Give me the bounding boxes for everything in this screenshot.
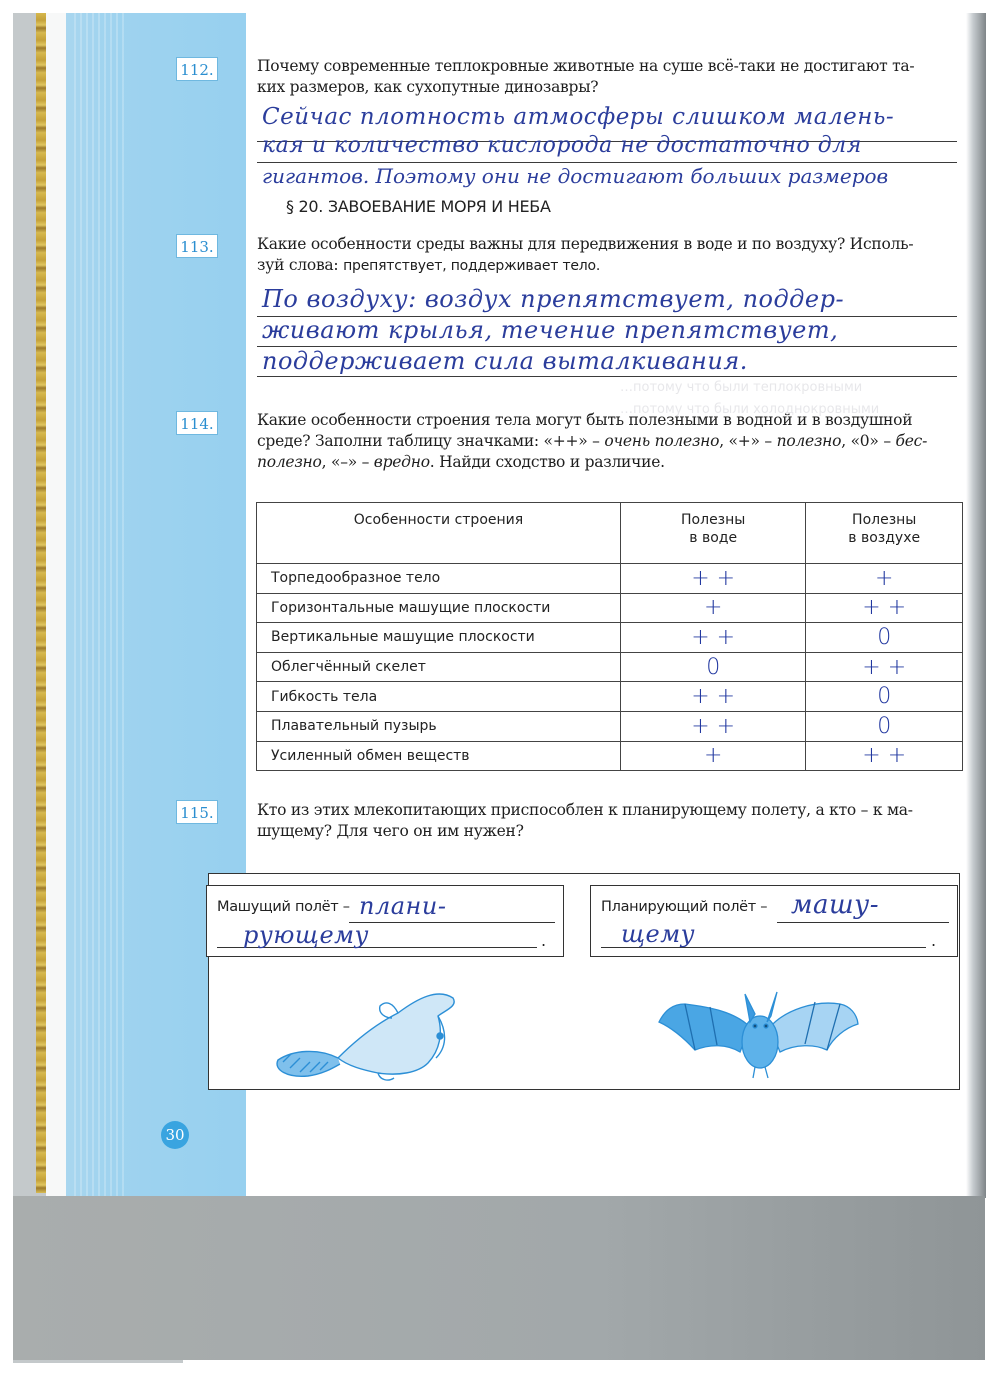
table-row: Плавательный пузырь+ +0 — [257, 711, 963, 741]
question-line: среде? Заполни таблицу значками: «++» – … — [257, 431, 962, 452]
table-row: Гибкость тела+ +0 — [257, 682, 963, 712]
keyword-list: препятствует, поддерживает тело. — [343, 258, 600, 274]
feature-cell: Торпедообразное тело — [257, 564, 621, 594]
water-usefulness-cell[interactable]: 0 — [620, 652, 805, 682]
handwritten-answer: живают крылья, течение препятствует, — [262, 316, 838, 344]
gliding-flight-box: Планирующий полёт – . машу- щему — [590, 885, 958, 957]
question-text: , «–» – — [322, 453, 374, 471]
header-text: Полезны — [621, 511, 805, 529]
feature-cell: Плавательный пузырь — [257, 711, 621, 741]
bat-illustration — [655, 982, 860, 1080]
water-usefulness-cell[interactable]: + + — [620, 682, 805, 712]
legend-term: очень полезно — [604, 432, 719, 450]
answer-line — [777, 922, 949, 923]
legend-term: вредно — [374, 453, 430, 471]
legend-term: полезно — [777, 432, 842, 450]
flying-squirrel-illustration — [268, 978, 468, 1086]
page-stack-edge — [46, 13, 66, 1196]
task-112-question: Почему современные теплокровные животные… — [257, 56, 962, 98]
header-text: Полезны — [806, 511, 962, 529]
air-usefulness-cell[interactable]: 0 — [806, 682, 963, 712]
question-line: зуй слова: препятствует, поддерживает те… — [257, 255, 962, 277]
question-line: ких размеров, как сухопутные динозавры? — [257, 77, 962, 98]
handwritten-answer: поддерживает сила выталкивания. — [262, 347, 748, 375]
question-text: . Найди сходство и различие. — [430, 453, 665, 471]
answer-line — [349, 922, 555, 923]
structure-features-table: Особенности строения Полезны в воде Поле… — [256, 502, 963, 771]
feature-cell: Гибкость тела — [257, 682, 621, 712]
header-text: в воздухе — [806, 529, 962, 547]
air-usefulness-cell[interactable]: 0 — [806, 623, 963, 653]
task-number-115: 115. — [176, 800, 218, 824]
handwritten-answer: Сейчас плотность атмосферы слишком мален… — [262, 104, 894, 130]
header-text: в воде — [621, 529, 805, 547]
flapping-flight-box: Машущий полёт – . плани- рующему — [206, 885, 564, 957]
question-line: полезно, «–» – вредно. Найди сходство и … — [257, 452, 962, 473]
handwritten-answer: кая и количество кислорода не достаточно… — [262, 133, 862, 158]
header-water: Полезны в воде — [620, 503, 805, 564]
scanner-bottom-background — [13, 1196, 985, 1360]
task-number-113: 113. — [176, 234, 218, 258]
section-title: § 20. ЗАВОЕВАНИЕ МОРЯ И НЕБА — [286, 197, 551, 216]
table-row: Усиленный обмен веществ++ + — [257, 741, 963, 771]
water-usefulness-cell[interactable]: + — [620, 741, 805, 771]
legend-term: полезно — [257, 453, 322, 471]
period: . — [541, 931, 546, 950]
handwritten-answer: гигантов. Поэтому они не достигают больш… — [262, 164, 888, 188]
table-row: Вертикальные машущие плоскости+ +0 — [257, 623, 963, 653]
water-usefulness-cell[interactable]: + + — [620, 711, 805, 741]
header-feature: Особенности строения — [257, 503, 621, 564]
question-text: , «+» – — [719, 432, 776, 450]
period: . — [931, 931, 936, 950]
table-row: Торпедообразное тело+ ++ — [257, 564, 963, 594]
feature-cell: Усиленный обмен веществ — [257, 741, 621, 771]
header-air: Полезны в воздухе — [806, 503, 963, 564]
handwritten-answer: щему — [621, 920, 695, 948]
table-header-row: Особенности строения Полезны в воде Поле… — [257, 503, 963, 564]
task-113-question: Какие особенности среды важны для передв… — [257, 234, 962, 277]
task-115-question: Кто из этих млекопитающих приспособлен к… — [257, 800, 962, 842]
question-text: , «0» – — [841, 432, 895, 450]
feature-cell: Облегчённый скелет — [257, 652, 621, 682]
handwritten-answer: По воздуху: воздух препятствует, поддер- — [262, 285, 844, 313]
table-row: Горизонтальные машущие плоскости++ + — [257, 593, 963, 623]
table-row: Облегчённый скелет0+ + — [257, 652, 963, 682]
page-number: 30 — [161, 1121, 189, 1149]
feature-cell: Горизонтальные машущие плоскости — [257, 593, 621, 623]
answer-line — [257, 376, 957, 377]
air-usefulness-cell[interactable]: + + — [806, 593, 963, 623]
handwritten-answer: рующему — [243, 921, 369, 949]
gliding-flight-label: Планирующий полёт – — [601, 899, 767, 915]
question-line: шущему? Для чего он им нужен? — [257, 821, 962, 842]
task-number-114: 114. — [176, 411, 218, 435]
question-line: Кто из этих млекопитающих приспособлен к… — [257, 800, 962, 821]
handwritten-answer: плани- — [359, 892, 446, 920]
book-gilded-edge — [36, 13, 46, 1193]
answer-line — [257, 162, 957, 163]
show-through-text: …потому что были теплокровными — [620, 380, 862, 395]
feature-cell: Вертикальные машущие плоскости — [257, 623, 621, 653]
legend-term: бес- — [896, 432, 928, 450]
question-text: зуй слова: — [257, 256, 343, 274]
handwritten-answer: машу- — [791, 890, 879, 920]
water-usefulness-cell[interactable]: + — [620, 593, 805, 623]
scanner-right-shadow — [966, 13, 986, 1198]
question-line: Какие особенности среды важны для передв… — [257, 234, 962, 255]
air-usefulness-cell[interactable]: + + — [806, 652, 963, 682]
task-114-question: Какие особенности строения тела могут бы… — [257, 410, 962, 473]
task-number-112: 112. — [176, 57, 218, 81]
water-usefulness-cell[interactable]: + + — [620, 623, 805, 653]
air-usefulness-cell[interactable]: 0 — [806, 711, 963, 741]
air-usefulness-cell[interactable]: + + — [806, 741, 963, 771]
air-usefulness-cell[interactable]: + — [806, 564, 963, 594]
question-text: среде? Заполни таблицу значками: «++» – — [257, 432, 604, 450]
flapping-flight-label: Машущий полёт – — [217, 899, 350, 915]
question-line: Какие особенности строения тела могут бы… — [257, 410, 962, 431]
question-line: Почему современные теплокровные животные… — [257, 56, 962, 77]
water-usefulness-cell[interactable]: + + — [620, 564, 805, 594]
